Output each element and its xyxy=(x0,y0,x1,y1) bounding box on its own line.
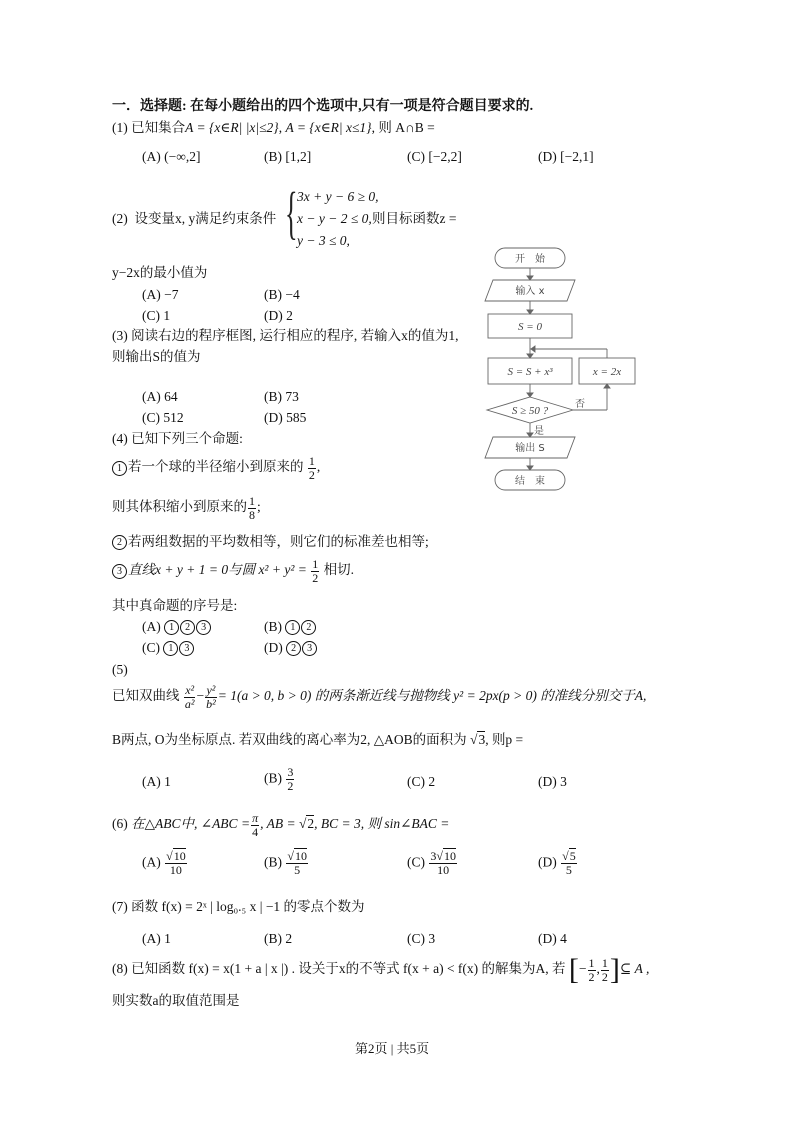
q1-option-a[interactable]: (A) (−∞,2] xyxy=(142,150,200,165)
q4-option-b[interactable]: (B) 12 xyxy=(264,620,317,635)
q5-option-c[interactable]: (C) 2 xyxy=(407,775,435,790)
q3-stem-line2: 则输出S的值为 xyxy=(112,350,201,365)
flowchart-input-label: 输入 x xyxy=(515,284,544,297)
question-4-stem: (4) 已知下列三个命题: xyxy=(112,432,243,447)
q2-option-d[interactable]: (D) 2 xyxy=(264,309,293,324)
question-2-stem: (2) 设变量x, y满足约束条件 xyxy=(112,212,276,227)
q6-option-a[interactable]: (A) √1010 xyxy=(142,850,188,876)
q5-stem-line2: B两点, O为坐标原点. 若双曲线的离心率为2, △AOB的面积为 √3, 则p… xyxy=(112,733,523,748)
circled-number-1: 1 xyxy=(112,461,127,476)
q3-option-b[interactable]: (B) 73 xyxy=(264,390,299,405)
q8-stem-line2: 则实数a的取值范围是 xyxy=(112,994,240,1009)
q6-option-c[interactable]: (C) 3√1010 xyxy=(407,850,458,876)
question-5-number: (5) xyxy=(112,663,128,678)
constraint-3: y − 3 ≤ 0, xyxy=(297,234,350,249)
proposition-2: 2若两组数据的平均数相等，则它们的标准差也相等; xyxy=(112,535,429,550)
q7-option-c[interactable]: (C) 3 xyxy=(407,932,435,947)
q4-option-a[interactable]: (A) 123 xyxy=(142,620,212,635)
flowchart-update-x-label: x = 2x xyxy=(592,366,621,378)
q5-option-d[interactable]: (D) 3 xyxy=(538,775,567,790)
system-brace: { xyxy=(285,184,298,242)
q5-option-b[interactable]: (B) 32 xyxy=(264,766,295,792)
question-7-stem: (7) 函数 f(x) = 2ˣ | log₀.₅ x | −1 的零点个数为 xyxy=(112,900,365,915)
q1-option-b[interactable]: (B) [1,2] xyxy=(264,150,311,165)
flowchart-yes-label: 是 xyxy=(534,425,544,437)
proposition-3: 3直线x + y + 1 = 0与圆 x² + y² = 12 相切. xyxy=(112,558,354,584)
q7-option-b[interactable]: (B) 2 xyxy=(264,932,292,947)
flowchart-condition-label: S ≥ 50 ? xyxy=(512,405,549,417)
section-title: 一．选择题: 在每小题给出的四个选项中,只有一项是符合题目要求的. xyxy=(112,99,533,114)
question-5-stem: 已知双曲线 x²a²−y²b²= 1(a > 0, b > 0) 的两条渐近线与… xyxy=(112,684,646,710)
question-1-stem: (1) 已知集合A = {x∈R| |x|≤2}, A = {x∈R| x≤1}… xyxy=(112,121,435,136)
q3-option-c[interactable]: (C) 512 xyxy=(142,411,184,426)
q7-option-a[interactable]: (A) 1 xyxy=(142,932,171,947)
q3-option-a[interactable]: (A) 64 xyxy=(142,390,178,405)
q2-option-b[interactable]: (B) −4 xyxy=(264,288,300,303)
q5-option-a[interactable]: (A) 1 xyxy=(142,775,171,790)
question-3-stem: (3) 阅读右边的程序框图, 运行相应的程序, 若输入x的值为1, xyxy=(112,329,459,344)
circled-number-2: 2 xyxy=(112,535,127,550)
flowchart-output-label: 输出 S xyxy=(515,441,545,454)
flowchart-start-label: 开 始 xyxy=(515,252,546,265)
flowchart-end-label: 结 束 xyxy=(515,474,545,487)
q4-option-c[interactable]: (C) 13 xyxy=(142,641,195,656)
q6-option-d[interactable]: (D) √55 xyxy=(538,850,578,876)
constraint-1: 3x + y − 6 ≥ 0, xyxy=(297,190,379,205)
q2-stem-suffix: 则目标函数z = xyxy=(372,212,456,227)
flowchart-no-label: 否 xyxy=(575,398,585,410)
constraint-2: x − y − 2 ≤ 0, xyxy=(297,212,372,227)
flowchart-init-label: S = 0 xyxy=(518,321,542,333)
proposition-1: 1若一个球的半径缩小到原来的 12, xyxy=(112,455,320,481)
circled-number-3: 3 xyxy=(112,564,127,579)
q2-option-a[interactable]: (A) −7 xyxy=(142,288,178,303)
q4-question: 其中真命题的序号是: xyxy=(112,599,237,614)
q7-option-d[interactable]: (D) 4 xyxy=(538,932,567,947)
page-indicator: 第2页 | 共5页 xyxy=(355,1042,429,1056)
question-8-stem: (8) 已知函数 f(x) = x(1 + a | x |) . 设关于x的不等… xyxy=(112,955,649,985)
q2-option-c[interactable]: (C) 1 xyxy=(142,309,170,324)
flowchart-update-s-label: S = S + x³ xyxy=(507,366,553,378)
question-6-stem: (6) 在△ABC中, ∠ABC =π4, AB = √2, BC = 3, 则… xyxy=(112,812,449,838)
q4-option-d[interactable]: (D) 23 xyxy=(264,641,318,656)
q6-option-b[interactable]: (B) √105 xyxy=(264,850,309,876)
program-flowchart: 开 始 输入 x S = 0 S = S + x³ x = 2x S ≥ 50 … xyxy=(475,243,645,498)
q3-option-d[interactable]: (D) 585 xyxy=(264,411,306,426)
q1-option-d[interactable]: (D) [−2,1] xyxy=(538,150,594,165)
q1-option-c[interactable]: (C) [−2,2] xyxy=(407,150,462,165)
q2-stem-cont: y−2x的最小值为 xyxy=(112,266,207,281)
proposition-1-cont: 则其体积缩小到原来的18; xyxy=(112,495,261,521)
